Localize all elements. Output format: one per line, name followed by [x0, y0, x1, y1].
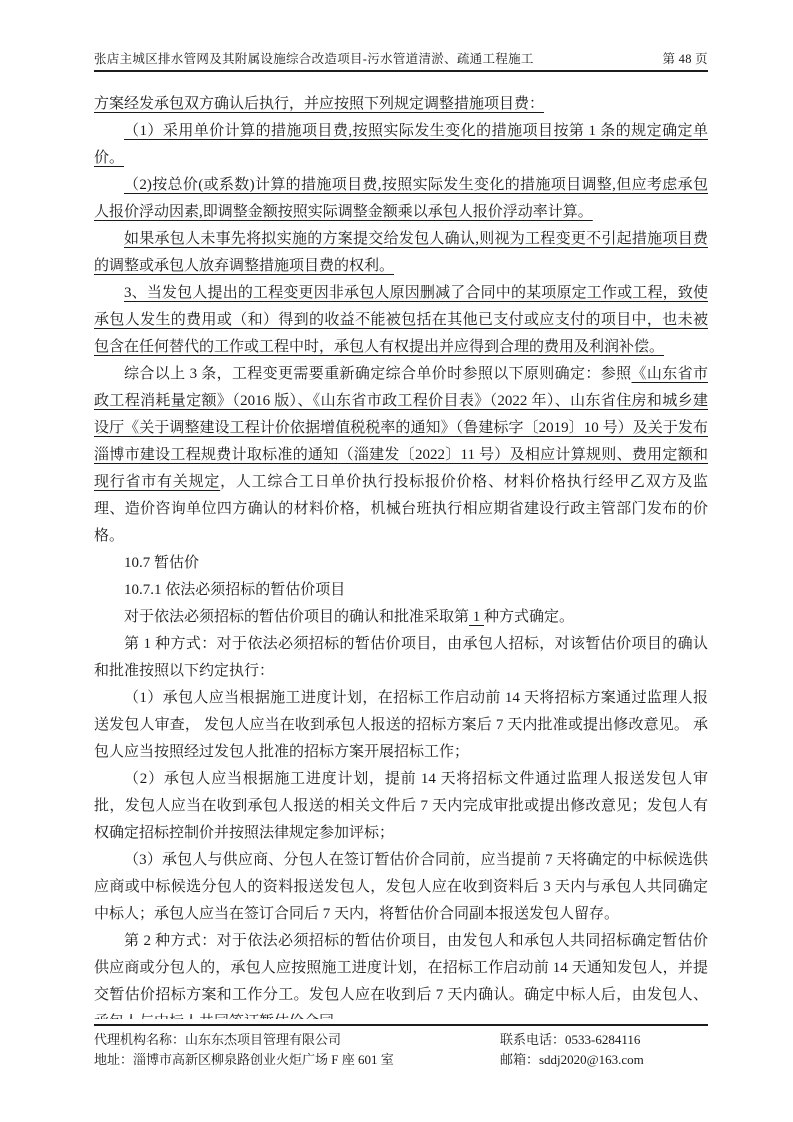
- paragraph: 第 2 种方式：对于依法必须招标的暂估价项目，由发包人和承包人共同招标确定暂估价…: [94, 928, 708, 1019]
- agency-address: 地址：淄博市高新区柳泉路创业火炬广场 F 座 601 室: [94, 1050, 500, 1070]
- text-segment: 第 2 种方式：对于依法必须招标的暂估价项目，由发包人和承包人共同招标确定暂估价…: [94, 933, 708, 1019]
- paragraph: 综合以上 3 条，工程变更需要重新确定综合单价时参照以下原则确定：参照《山东省市…: [94, 361, 708, 550]
- paragraph: （3）承包人与供应商、分包人在签订暂估价合同前，应当提前 7 天将确定的中标候选…: [94, 847, 708, 928]
- text-segment: （1）承包人应当根据施工进度计划，在招标工作启动前 14 天将招标方案通过监理人…: [94, 690, 708, 760]
- document-body: 方案经发承包双方确认后执行，并应按照下列规定调整措施项目费：（1）采用单价计算的…: [94, 91, 708, 1019]
- paragraph: 对于依法必须招标的暂估价项目的确认和批准采取第 1 种方式确定。: [94, 604, 708, 631]
- text-segment: 10.7 暂估价: [124, 555, 199, 571]
- paragraph: 10.7.1 依法必须招标的暂估价项目: [94, 577, 708, 604]
- paragraph: 3、当发包人提出的工程变更因非承包人原因删减了合同中的某项原定工作或工程，致使承…: [94, 280, 708, 361]
- text-segment: （2)按总价(或系数)计算的措施项目费,按照实际发生变化的措施项目调整,但应考虑…: [94, 177, 708, 220]
- text-segment: 方案经发承包双方确认后执行，并应按照下列规定调整措施项目费：: [94, 96, 544, 112]
- header-title: 张店主城区排水管网及其附属设施综合改造项目-污水管道清淤、疏通工程施工: [94, 49, 534, 67]
- page-footer: 代理机构名称：山东东杰项目管理有限公司 地址：淄博市高新区柳泉路创业火炬广场 F…: [94, 1024, 708, 1070]
- text-segment: 《山东省市政工程消耗量定额》（2016 版）、《山东省市政工程价目表》（2022…: [94, 366, 708, 490]
- contact-phone: 联系电话：0533-6284116: [500, 1030, 708, 1050]
- text-segment: 1: [469, 609, 484, 625]
- text-segment: （1）采用单价计算的措施项目费,按照实际发生变化的措施项目按第 1 条的规定确定…: [94, 123, 708, 166]
- document-page: 张店主城区排水管网及其附属设施综合改造项目-污水管道清淤、疏通工程施工 第 48…: [0, 0, 793, 1122]
- page-header: 张店主城区排水管网及其附属设施综合改造项目-污水管道清淤、疏通工程施工 第 48…: [94, 44, 708, 72]
- paragraph: 如果承包人未事先将拟实施的方案提交给发包人确认,则视为工程变更不引起措施项目费的…: [94, 226, 708, 280]
- text-segment: 10.7.1 依法必须招标的暂估价项目: [124, 582, 345, 598]
- text-segment: 种方式确定。: [484, 609, 574, 625]
- text-segment: 如果承包人未事先将拟实施的方案提交给发包人确认,则视为工程变更不引起措施项目费的…: [94, 231, 708, 274]
- paragraph: （2）承包人应当根据施工进度计划，提前 14 天将招标文件通过监理人报送发包人审…: [94, 766, 708, 847]
- paragraph: （1）采用单价计算的措施项目费,按照实际发生变化的措施项目按第 1 条的规定确定…: [94, 118, 708, 172]
- text-segment: 综合以上 3 条，工程变更需要重新确定综合单价时参照以下原则确定：参照: [124, 366, 632, 382]
- text-segment: 对于依法必须招标的暂估价项目的确认和批准采取第: [124, 609, 469, 625]
- text-segment: （2）承包人应当根据施工进度计划，提前 14 天将招标文件通过监理人报送发包人审…: [94, 771, 708, 841]
- text-segment: 3、当发包人提出的工程变更因非承包人原因删减了合同中的某项原定工作或工程，致使承…: [94, 285, 708, 355]
- paragraph: 第 1 种方式：对于依法必须招标的暂估价项目，由承包人招标，对该暂估价项目的确认…: [94, 631, 708, 685]
- page-number: 第 48 页: [652, 49, 708, 67]
- paragraph: （1）承包人应当根据施工进度计划，在招标工作启动前 14 天将招标方案通过监理人…: [94, 685, 708, 766]
- text-segment: 第 1 种方式：对于依法必须招标的暂估价项目，由承包人招标，对该暂估价项目的确认…: [94, 636, 708, 679]
- text-segment: （3）承包人与供应商、分包人在签订暂估价合同前，应当提前 7 天将确定的中标候选…: [94, 852, 708, 922]
- agency-name: 代理机构名称：山东东杰项目管理有限公司: [94, 1030, 500, 1050]
- paragraph: 10.7 暂估价: [94, 550, 708, 577]
- contact-email: 邮箱：sddj2020@163.com: [500, 1050, 708, 1070]
- paragraph: （2)按总价(或系数)计算的措施项目费,按照实际发生变化的措施项目调整,但应考虑…: [94, 172, 708, 226]
- footer-left-column: 代理机构名称：山东东杰项目管理有限公司 地址：淄博市高新区柳泉路创业火炬广场 F…: [94, 1030, 500, 1070]
- footer-right-column: 联系电话：0533-6284116 邮箱：sddj2020@163.com: [500, 1030, 708, 1070]
- paragraph: 方案经发承包双方确认后执行，并应按照下列规定调整措施项目费：: [94, 91, 708, 118]
